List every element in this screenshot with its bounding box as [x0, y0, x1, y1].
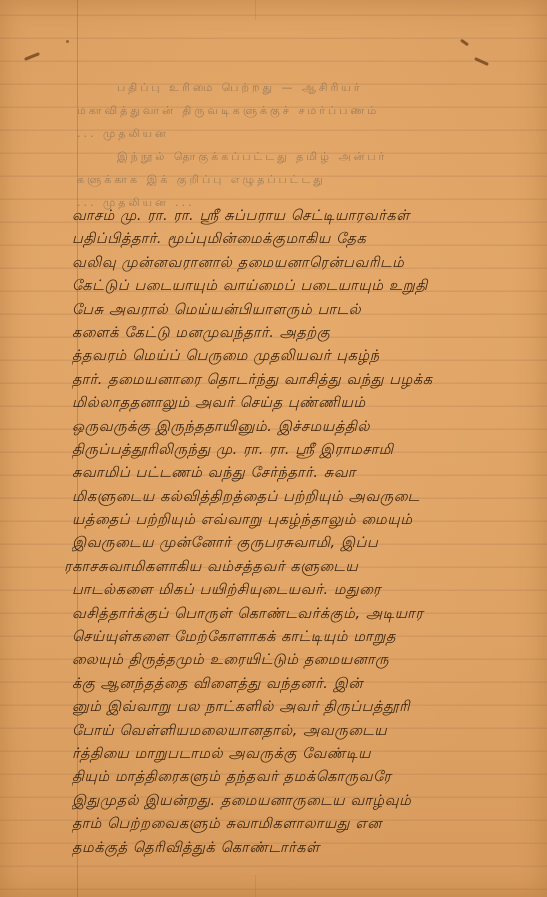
pencil-line: களுக்காக இக் குறிப்பு எழுதப்பட்டது: [77, 168, 527, 191]
pencil-line: இந்நூல் தொகுக்கப்பட்டது தமிழ் அன்பர்: [77, 145, 527, 168]
manuscript-page: பதிப்பு உரிமை பெற்றது — ஆசிரியர் மகாவித்…: [0, 0, 547, 897]
ink-line: லையும் திருத்தமும் உரையிட்டும் தமையனாரு: [72, 649, 537, 672]
pencil-line: பதிப்பு உரிமை பெற்றது — ஆசிரியர்: [77, 76, 527, 99]
ink-line: பேசு அவரால் மெய்யன்பியாளரும் பாடல்: [72, 299, 537, 322]
handwritten-body: வாசம் மு. ரா. ரா. ஸ்ரீ சுப்பராய செட்டியா…: [72, 205, 537, 860]
ink-line: செய்யுள்களை மேற்கோளாகக் காட்டியும் மாறுத: [72, 626, 537, 649]
ink-line: இதுமுதல் இயன்றது. தமையனாருடைய வாழ்வும்: [72, 790, 537, 813]
pencil-line: மகாவித்துவான் திருவடிகளுக்குச் சமர்ப்பணம…: [77, 99, 527, 122]
ink-line: வசித்தார்க்குப் பொருள் கொண்டவர்க்கும், அ…: [72, 603, 537, 626]
ink-line: திருப்பத்தூரிலிருந்து மு. ரா. ரா. ஸ்ரீ இ…: [72, 439, 537, 462]
ink-line: னும் இவ்வாறு பல நாட்களில் அவர் திருப்பத்…: [72, 696, 537, 719]
ink-line: ஒருவருக்கு இருந்ததாயினும். இச்சமயத்தில்: [72, 416, 537, 439]
ink-line: த்தவரம் மெய்ப் பெருமை முதலியவர் புகழ்ந்: [72, 345, 537, 368]
ink-line: தியும் மாத்திரைகளும் தந்தவர் தமக்கொருவரே: [72, 766, 537, 789]
ink-line: க்கு ஆனந்தத்தை விளைத்து வந்தனர். இன்: [72, 673, 537, 696]
ink-speck: [66, 40, 69, 43]
ink-line: மில்லாததனாலும் அவர் செய்த புண்ணியம்: [72, 392, 537, 415]
ink-line: களைக் கேட்டு மனமுவந்தார். அதற்கு: [72, 322, 537, 345]
ink-line: தமக்குத் தெரிவித்துக் கொண்டார்கள்: [72, 837, 537, 860]
ink-line: ர்த்தியை மாறுபடாமல் அவருக்கு வேண்டிய: [72, 743, 537, 766]
fold-crease-bottom: [255, 875, 256, 897]
ink-line: பதிப்பித்தார். மூப்புமின்மைக்குமாகிய தேக: [72, 228, 537, 251]
pencil-line: ... முதலியன: [77, 122, 527, 145]
ink-line: பாடல்களை மிகப் பயிற்சியுடையவர். மதுரை: [72, 579, 537, 602]
ink-line: வலிவு முன்னவரானால் தமையனாரென்பவரிடம்: [72, 252, 537, 275]
ink-line: போய் வெள்ளியமலையானதால், அவருடைய: [72, 720, 537, 743]
pencil-notes: பதிப்பு உரிமை பெற்றது — ஆசிரியர் மகாவித்…: [77, 76, 527, 214]
ink-line: தாம் பெற்றவைகளும் சுவாமிகளாலாயது என: [72, 813, 537, 836]
ink-line: யத்தைப் பற்றியும் எவ்வாறு புகழ்ந்தாலும் …: [72, 509, 537, 532]
ink-line: தார். தமையனாரை தொடர்ந்து வாசித்து வந்து …: [72, 369, 537, 392]
ink-line: மிகளுடைய கல்வித்திறத்தைப் பற்றியும் அவரு…: [72, 486, 537, 509]
ink-line: ரகாசசுவாமிகளாகிய வம்சத்தவர் களுடைய: [64, 556, 537, 579]
ink-line: சுவாமிப் பட்டணம் வந்து சேர்ந்தார். சுவா: [72, 462, 537, 485]
fold-crease-top: [255, 0, 256, 20]
ink-line: வாசம் மு. ரா. ரா. ஸ்ரீ சுப்பராய செட்டியா…: [72, 205, 537, 228]
ink-line: இவருடைய முன்னோர் குருபரசுவாமி, இப்ப: [72, 532, 537, 555]
ink-line: கேட்டுப் படையாயும் வாய்மைப் படையாயும் உற…: [72, 275, 537, 298]
